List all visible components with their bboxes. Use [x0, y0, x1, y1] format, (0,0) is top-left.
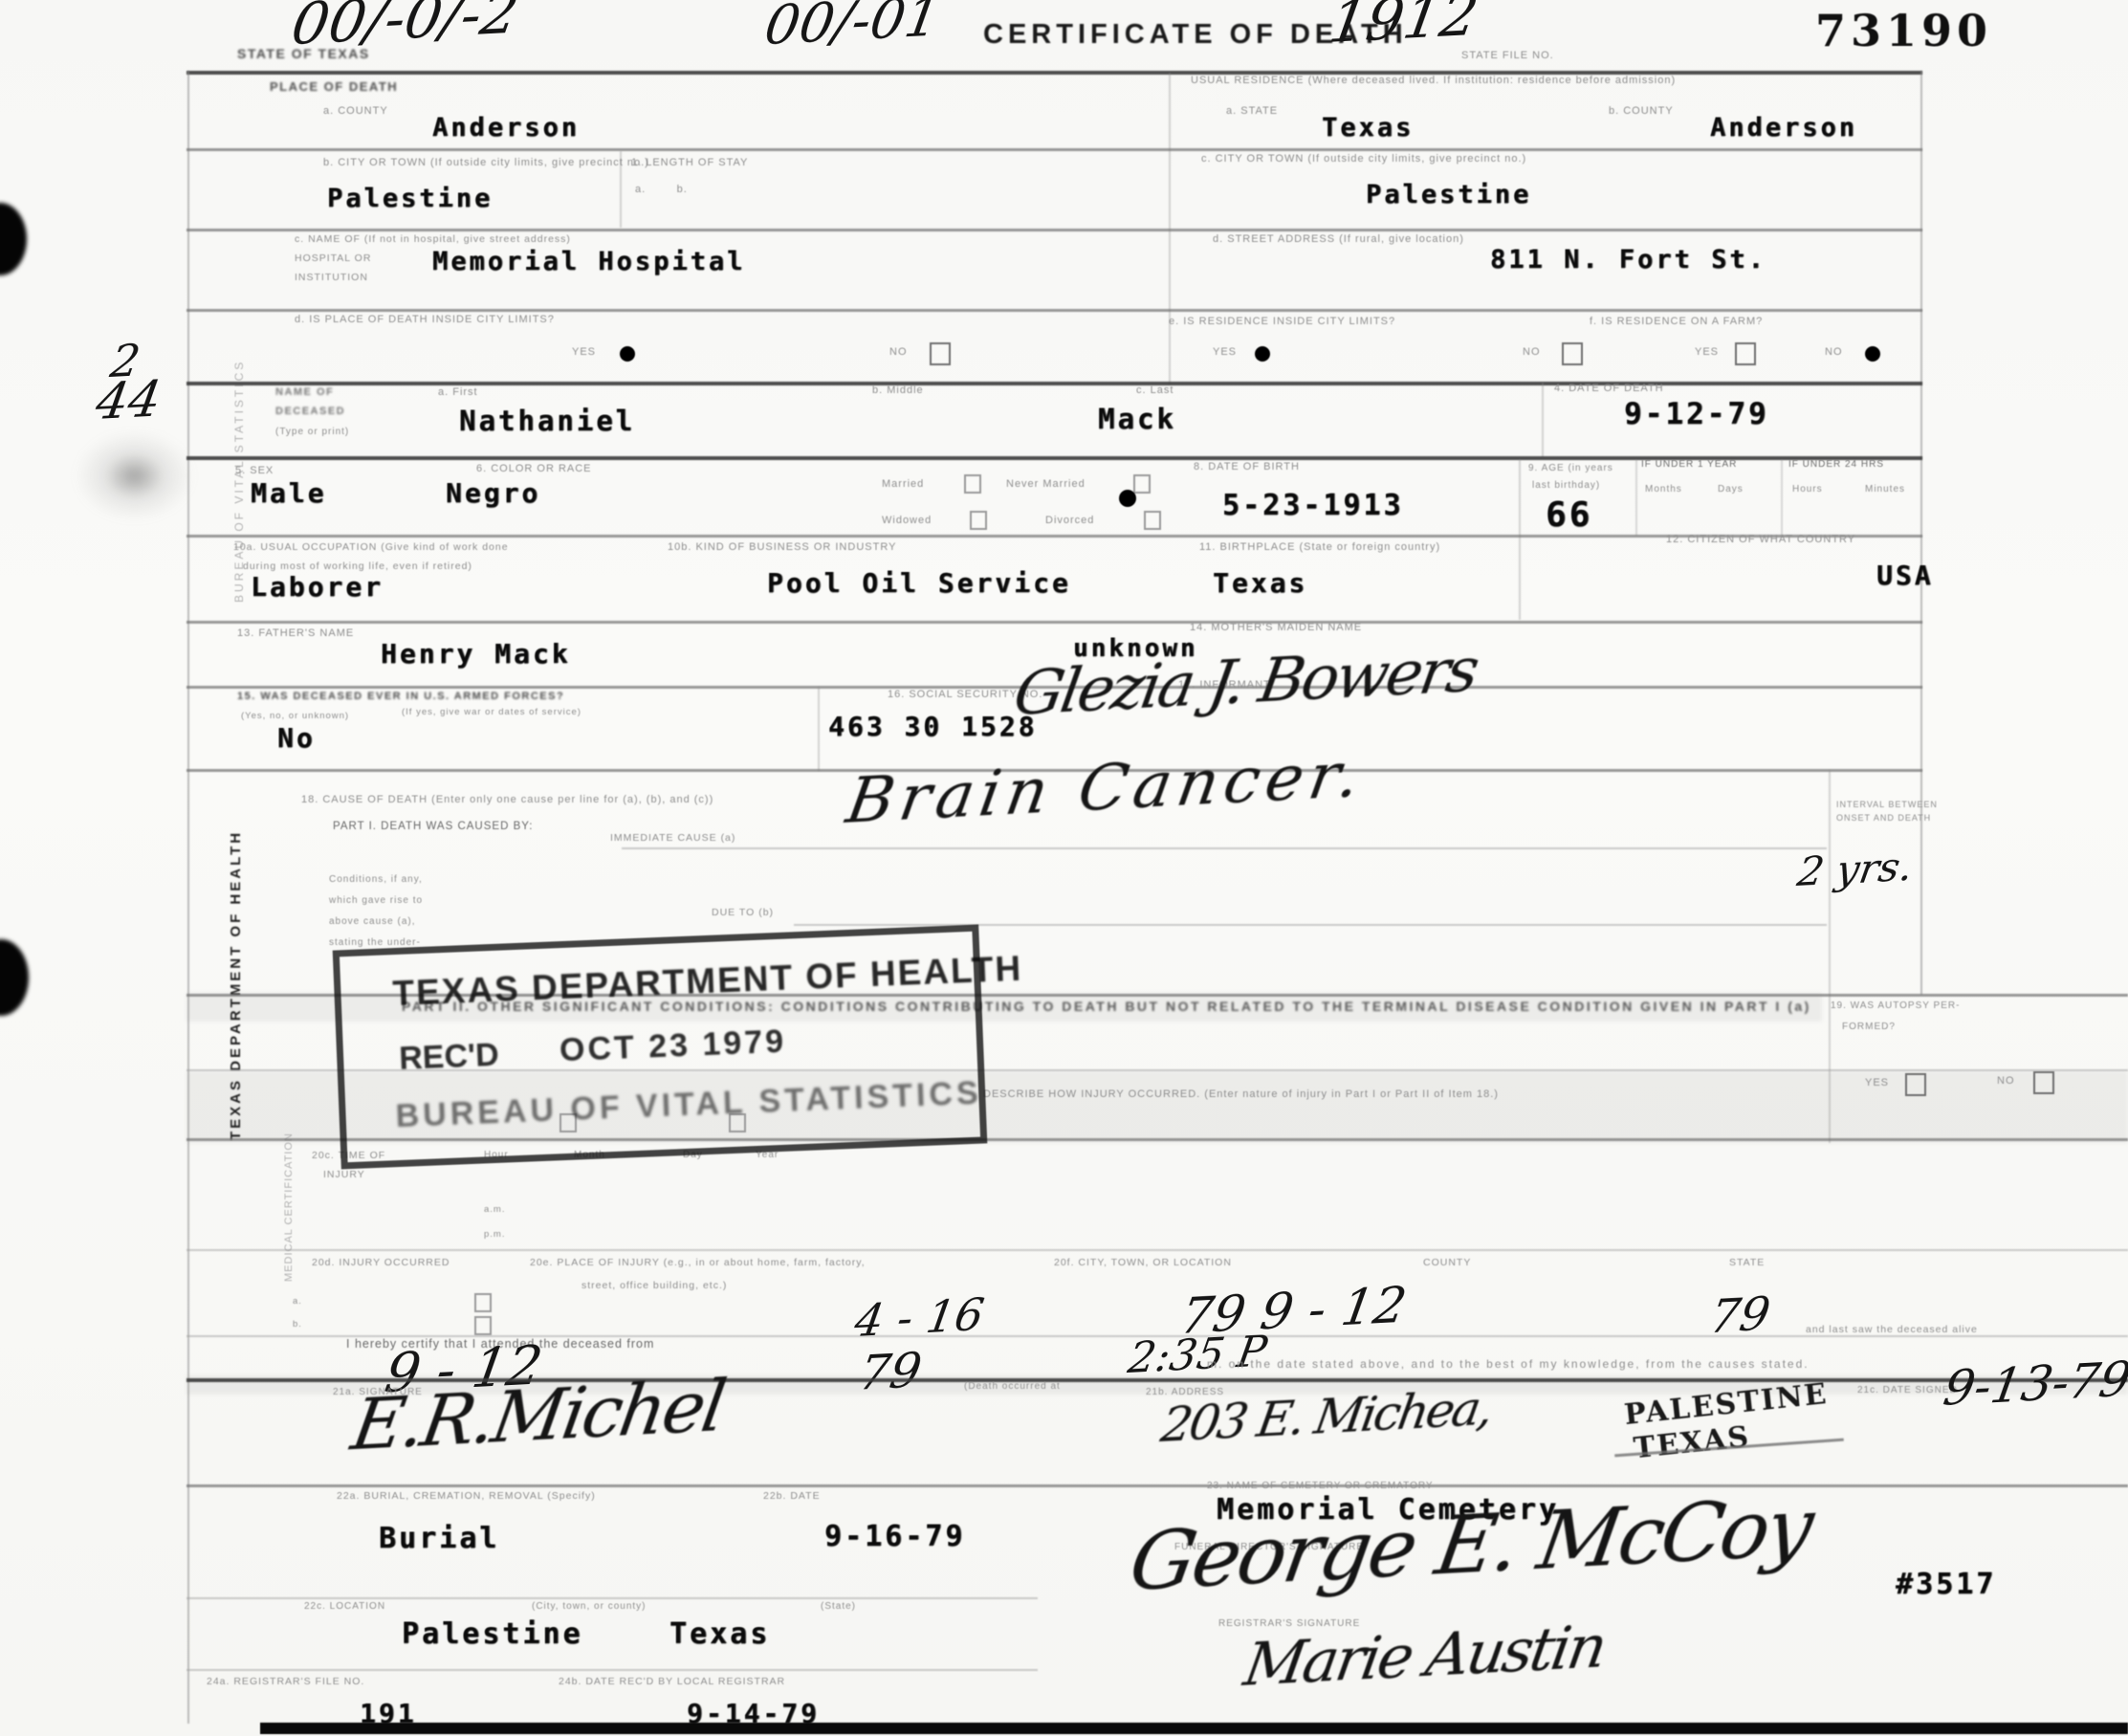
pm-label: p.m.: [484, 1230, 505, 1241]
street-address-label: d. STREET ADDRESS (If rural, give locati…: [1213, 233, 1464, 246]
age-value: 66: [1546, 495, 1592, 535]
last-name-value: Mack: [1098, 404, 1176, 435]
interval-value: 2 yrs.: [1794, 844, 1917, 895]
pod-city-value: Palestine: [327, 184, 493, 213]
header-handwritten-left: 00/-0/-2: [287, 0, 523, 58]
scan-smudge: [75, 430, 194, 521]
at-work-a-label: a.: [293, 1297, 302, 1307]
physician-signature: E.R.Michel: [346, 1366, 729, 1466]
describe-injury-label: DESCRIBE HOW INJURY OCCURRED. (Enter nat…: [983, 1088, 1499, 1101]
length-of-stay-divider: [620, 151, 622, 228]
pod-limits-yes-mark: [620, 346, 635, 362]
race-value: Negro: [446, 478, 540, 509]
armed-forces-label: 15. WAS DECEASED EVER IN U.S. ARMED FORC…: [237, 691, 564, 703]
at-work-b-checkbox: [474, 1316, 492, 1335]
name-of-deceased-label-1: NAME OF: [275, 386, 334, 399]
last-saw-statement: and last saw the deceased alive: [1806, 1324, 1978, 1335]
autopsy-yes-checkbox: [1905, 1073, 1926, 1096]
autopsy-no-label: NO: [1997, 1075, 2015, 1088]
place-of-injury-label-2: street, office building, etc.): [581, 1280, 727, 1291]
stamp-recd-label: REC'D: [399, 1037, 500, 1078]
date-of-birth-label: 8. DATE OF BIRTH: [1194, 461, 1300, 473]
residence-city-label: c. CITY OR TOWN (If outside city limits,…: [1201, 153, 1526, 165]
at-work-b-label: b.: [293, 1320, 302, 1330]
conditions-label-2: which gave rise to: [329, 895, 423, 907]
age-divider: [1519, 459, 1521, 620]
marital-divorced-label: Divorced: [1045, 515, 1094, 527]
row-line-3: [186, 309, 1922, 312]
attended-from-year: 79: [855, 1344, 925, 1402]
place-of-injury-label-1: 20e. PLACE OF INJURY (e.g., in or about …: [530, 1257, 866, 1268]
pod-limits-yes-label: YES: [572, 346, 596, 359]
business-value: Pool Oil Service: [767, 568, 1071, 599]
armed-forces-sub-2: (If yes, give war or dates of service): [402, 708, 581, 718]
pod-city-label: b. CITY OR TOWN (If outside city limits,…: [323, 157, 649, 169]
injury-city-label: 20f. CITY, TOWN, OR LOCATION: [1054, 1257, 1232, 1268]
length-of-stay-label: 1. LENGTH OF STAY: [631, 157, 748, 169]
funeral-home-number: #3517: [1896, 1569, 1996, 1602]
last-name-label: c. Last: [1136, 385, 1174, 397]
citizen-label: 12. CITIZEN OF WHAT COUNTRY: [1666, 534, 1855, 546]
due-to-b-label: DUE TO (b): [712, 907, 774, 918]
pod-limits-no-label: NO: [889, 346, 908, 359]
armed-forces-value: No: [277, 723, 316, 754]
occupation-value: Laborer: [251, 572, 384, 603]
street-address-value: 811 N. Fort St.: [1490, 245, 1766, 275]
middle-name-label: b. Middle: [872, 385, 924, 397]
residence-farm-no-label: NO: [1825, 346, 1843, 359]
death-occurred-label-2: m. on the date stated above, and to the …: [1207, 1358, 1810, 1372]
birthplace-label: 11. BIRTHPLACE (State or foreign country…: [1199, 541, 1440, 554]
residence-limits-yes-mark: [1255, 346, 1270, 362]
row-line-2: [186, 229, 1922, 231]
under1-divider: [1635, 459, 1637, 536]
ssn-divider: [818, 687, 820, 771]
part1-label: PART I. DEATH WAS CAUSED BY:: [333, 821, 533, 833]
time-of-death-value: 2:35 P: [1125, 1329, 1270, 1384]
residence-farm-yes-checkbox: [1735, 342, 1756, 365]
autopsy-yes-label: YES: [1865, 1077, 1889, 1089]
location-row-line: [186, 1597, 1038, 1599]
armed-forces-sub-1: (Yes, no, or unknown): [241, 712, 349, 722]
margin-vertical-department-label: TEXAS DEPARTMENT OF HEALTH: [228, 815, 244, 1140]
immediate-cause-label: IMMEDIATE CAUSE (a): [610, 832, 735, 844]
margin-vertical-bureau-label: BUREAU OF VITAL STATISTICS: [233, 287, 247, 603]
minutes-label: Minutes: [1865, 484, 1905, 495]
margin-note-44: 44: [92, 372, 165, 432]
scan-hole-punch-bottom: [0, 939, 29, 1016]
hospital-label-2: HOSPITAL OR: [295, 253, 371, 264]
under-24-hrs-label: IF UNDER 24 HRS: [1788, 459, 1884, 471]
form-border-right: [1920, 71, 1922, 995]
row-line-6: [186, 535, 1922, 538]
am-label: a.m.: [484, 1205, 505, 1216]
age-label-2: last birthday): [1532, 480, 1600, 492]
mother-name-label: 14. MOTHER'S MAIDEN NAME: [1190, 622, 1362, 634]
conditions-label-3: above cause (a),: [329, 916, 416, 928]
hours-label: Hours: [1792, 484, 1823, 495]
date-of-death-value: 9-12-79: [1624, 398, 1769, 432]
cause-of-death-label: 18. CAUSE OF DEATH (Enter only one cause…: [301, 794, 713, 806]
burial-date-label: 22b. DATE: [763, 1490, 821, 1502]
scan-bottom-edge-bar: [260, 1723, 2128, 1734]
autopsy-label-1: 19. WAS AUTOPSY PER-: [1831, 1000, 1960, 1012]
attended-to-date: 4 - 16: [851, 1289, 987, 1347]
header-handwritten-year: 1912: [1325, 0, 1482, 56]
citizen-value: USA: [1876, 560, 1934, 591]
location-city-value: Palestine: [402, 1618, 583, 1652]
hospital-value: Memorial Hospital: [432, 247, 745, 276]
time-of-injury-label-2: INJURY: [323, 1169, 365, 1180]
interval-label-2: ONSET AND DEATH: [1836, 813, 1931, 823]
header-handwritten-mid: 00/-01: [760, 0, 944, 57]
autopsy-label-2: FORMED?: [1842, 1022, 1896, 1033]
first-name-value: Nathaniel: [459, 406, 635, 437]
under24-divider: [1781, 459, 1783, 536]
sex-label: 5. SEX: [235, 465, 274, 477]
at-work-a-checkbox: [474, 1293, 492, 1312]
pod-limits-label: d. IS PLACE OF DEATH INSIDE CITY LIMITS?: [295, 314, 555, 326]
time-row-line: [186, 1249, 2128, 1251]
marital-divorced-checkbox: [1144, 511, 1161, 530]
burial-date-value: 9-16-79: [824, 1521, 965, 1554]
sex-value: Male: [251, 478, 326, 509]
stamp-line-3: BUREAU OF VITAL STATISTICS: [395, 1075, 982, 1136]
marital-divorced-mark: [1119, 490, 1136, 507]
length-of-stay-sub: a. b.: [635, 184, 688, 196]
residence-limits-yes-label: YES: [1213, 346, 1237, 359]
immediate-cause-line: [622, 847, 1827, 849]
marital-widowed-checkbox: [970, 511, 987, 530]
interval-label-1: INTERVAL BETWEEN: [1836, 800, 1938, 809]
death-occurred-label: (Death occurred at: [964, 1381, 1061, 1393]
first-name-label: a. First: [438, 386, 478, 399]
burial-label: 22a. BURIAL, CREMATION, REMOVAL (Specify…: [337, 1490, 596, 1502]
row-line-1: [186, 148, 1922, 151]
residence-state-label: a. STATE: [1226, 105, 1278, 118]
burial-row-line-top: [186, 1484, 2128, 1487]
residence-county-value: Anderson: [1710, 113, 1857, 143]
birthplace-value: Texas: [1213, 568, 1307, 599]
business-label: 10b. KIND OF BUSINESS OR INDUSTRY: [668, 541, 896, 554]
injury-county-label: COUNTY: [1423, 1257, 1471, 1268]
occupation-label-1: 10a. USUAL OCCUPATION (Give kind of work…: [233, 541, 509, 553]
injury-occurred-label: 20d. INJURY OCCURRED: [312, 1257, 450, 1268]
residence-state-value: Texas: [1322, 113, 1414, 143]
burial-value: Burial: [379, 1523, 499, 1556]
autopsy-no-checkbox: [2033, 1071, 2054, 1094]
pod-county-value: Anderson: [432, 113, 580, 143]
under-1-year-label: IF UNDER 1 YEAR: [1641, 459, 1737, 471]
location-state-value: Texas: [669, 1618, 770, 1652]
pod-county-label: a. COUNTY: [323, 105, 388, 118]
conditions-label-1: Conditions, if any,: [329, 874, 423, 886]
date-of-death-label: 4. DATE OF DEATH: [1554, 383, 1664, 395]
row-line-7: [186, 621, 1922, 624]
injury-state-label: STATE: [1729, 1257, 1765, 1268]
months-label: Months: [1645, 484, 1682, 495]
registrar-row-line: [186, 1669, 1038, 1671]
date-of-birth-value: 5-23-1913: [1222, 490, 1404, 523]
age-label-1: 9. AGE (in years: [1528, 463, 1613, 474]
name-of-deceased-label-2: DECEASED: [275, 406, 345, 418]
cause-of-death-value: Brain Cancer.: [842, 738, 1371, 838]
days-label: Days: [1718, 484, 1744, 495]
ssn-value: 463 30 1528: [828, 712, 1037, 742]
marital-married-checkbox: [964, 474, 981, 494]
father-name-label: 13. FATHER'S NAME: [237, 627, 354, 640]
stamp-line-1: TEXAS DEPARTMENT OF HEALTH: [392, 949, 1023, 1014]
marital-widowed-label: Widowed: [882, 515, 932, 527]
residence-city-value: Palestine: [1366, 180, 1531, 209]
date-received-label: 24b. DATE REC'D BY LOCAL REGISTRAR: [559, 1676, 785, 1687]
residence-section-label: USUAL RESIDENCE (Where deceased lived. I…: [1191, 75, 1676, 87]
death-certificate-scan: 2 44 BUREAU OF VITAL STATISTICS TEXAS DE…: [0, 0, 2128, 1736]
location-sub-city: (City, town, or county): [532, 1601, 647, 1613]
residence-limits-label: e. IS RESIDENCE INSIDE CITY LIMITS?: [1169, 316, 1395, 328]
dod-divider: [1542, 383, 1544, 457]
marital-never-married-checkbox: [1133, 474, 1151, 494]
hospital-label-3: INSTITUTION: [295, 272, 368, 283]
residence-limits-no-checkbox: [1562, 342, 1583, 365]
marital-married-label: Married: [882, 478, 924, 491]
registrar-file-no-label: 24a. REGISTRAR'S FILE NO.: [207, 1676, 364, 1687]
state-file-number: 73190: [1815, 6, 1992, 56]
residence-farm-yes-label: YES: [1695, 346, 1719, 359]
marital-never-married-label: Never Married: [1006, 478, 1086, 491]
hospital-label-1: c. NAME OF (If not in hospital, give str…: [295, 233, 571, 245]
father-name-value: Henry Mack: [381, 639, 571, 670]
place-of-death-section-label: PLACE OF DEATH: [270, 80, 398, 95]
residence-county-label: b. COUNTY: [1609, 105, 1674, 118]
residence-limits-no-label: NO: [1523, 346, 1541, 359]
cemetery-label: 23. NAME OF CEMETERY OR CREMATORY: [1207, 1481, 1434, 1492]
residence-farm-no-mark: [1865, 346, 1880, 362]
date-signed-value: 9-13-79: [1940, 1352, 2128, 1417]
residence-farm-label: f. IS RESIDENCE ON A FARM?: [1590, 316, 1763, 328]
state-file-no-label: STATE FILE NO.: [1461, 50, 1554, 62]
attended-right-year: 79: [1706, 1288, 1774, 1344]
department-of-health-received-stamp: TEXAS DEPARTMENT OF HEALTH REC'D OCT 23 …: [333, 925, 988, 1170]
location-sub-state: (State): [821, 1601, 856, 1613]
name-of-deceased-label-3: (Type or print): [275, 427, 349, 438]
form-border-left: [187, 71, 189, 1724]
scan-hole-punch-top: [0, 203, 27, 275]
interval-divider: [1829, 770, 1831, 1143]
stamp-received-date: OCT 23 1979: [559, 1023, 786, 1069]
race-label: 6. COLOR OR RACE: [476, 463, 592, 475]
location-label: 22c. LOCATION: [304, 1601, 385, 1613]
pod-limits-no-checkbox: [930, 342, 951, 365]
